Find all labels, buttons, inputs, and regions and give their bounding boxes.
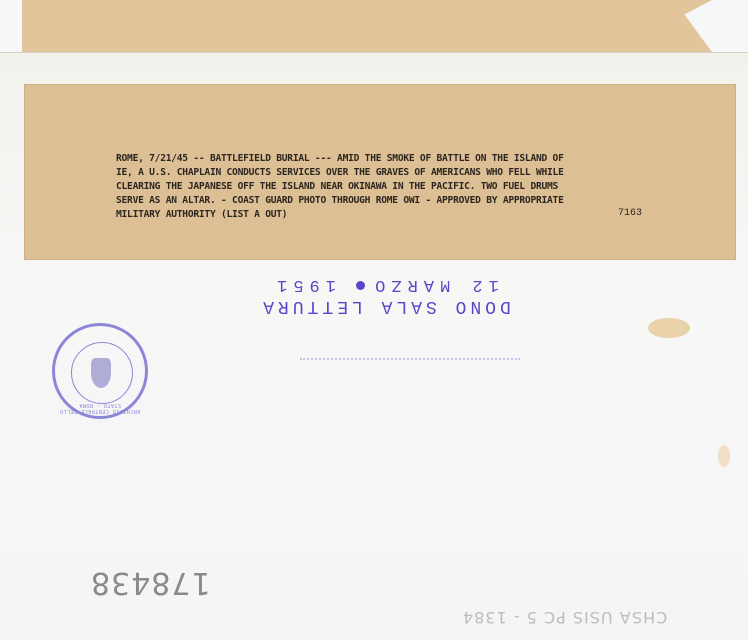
stamp-day: 12	[466, 275, 498, 294]
caption-line: MILITARY AUTHORITY (LIST A OUT)	[116, 208, 696, 222]
caption-line: ROME, 7/21/45 -- BATTLEFIELD BURIAL --- …	[116, 152, 696, 166]
stamp-month: MARZO	[369, 275, 450, 294]
caption-text: ROME, 7/21/45 -- BATTLEFIELD BURIAL --- …	[116, 152, 696, 222]
stamp-year: 1951	[271, 275, 336, 294]
torn-paper-strip	[22, 0, 712, 52]
round-archive-stamp: ARCHIVIO CENTRALE DELLO STATO · ROMA	[52, 323, 148, 419]
handwritten-number: 178438	[90, 565, 211, 600]
adhesive-stain	[648, 318, 690, 338]
emblem-icon	[91, 358, 111, 388]
caption-line: SERVE AS AN ALTAR. - COAST GUARD PHOTO T…	[116, 194, 696, 208]
reading-room-stamp: DONO SALA LETTURA 12 MARZO 1951	[240, 256, 530, 322]
catalog-reference: CHSA USIS PC 5 - 1384	[462, 608, 667, 627]
stamp-line-2: 12 MARZO 1951	[240, 275, 530, 294]
adhesive-stain	[718, 445, 730, 467]
faint-stamp-trace	[300, 358, 520, 363]
ink-blot-icon	[356, 281, 365, 290]
caption-number: 7163	[618, 208, 642, 219]
caption-line: IE, A U.S. CHAPLAIN CONDUCTS SERVICES OV…	[116, 166, 696, 180]
stamp-line-1: DONO SALA LETTURA	[240, 296, 530, 316]
caption-line: CLEARING THE JAPANESE OFF THE ISLAND NEA…	[116, 180, 696, 194]
